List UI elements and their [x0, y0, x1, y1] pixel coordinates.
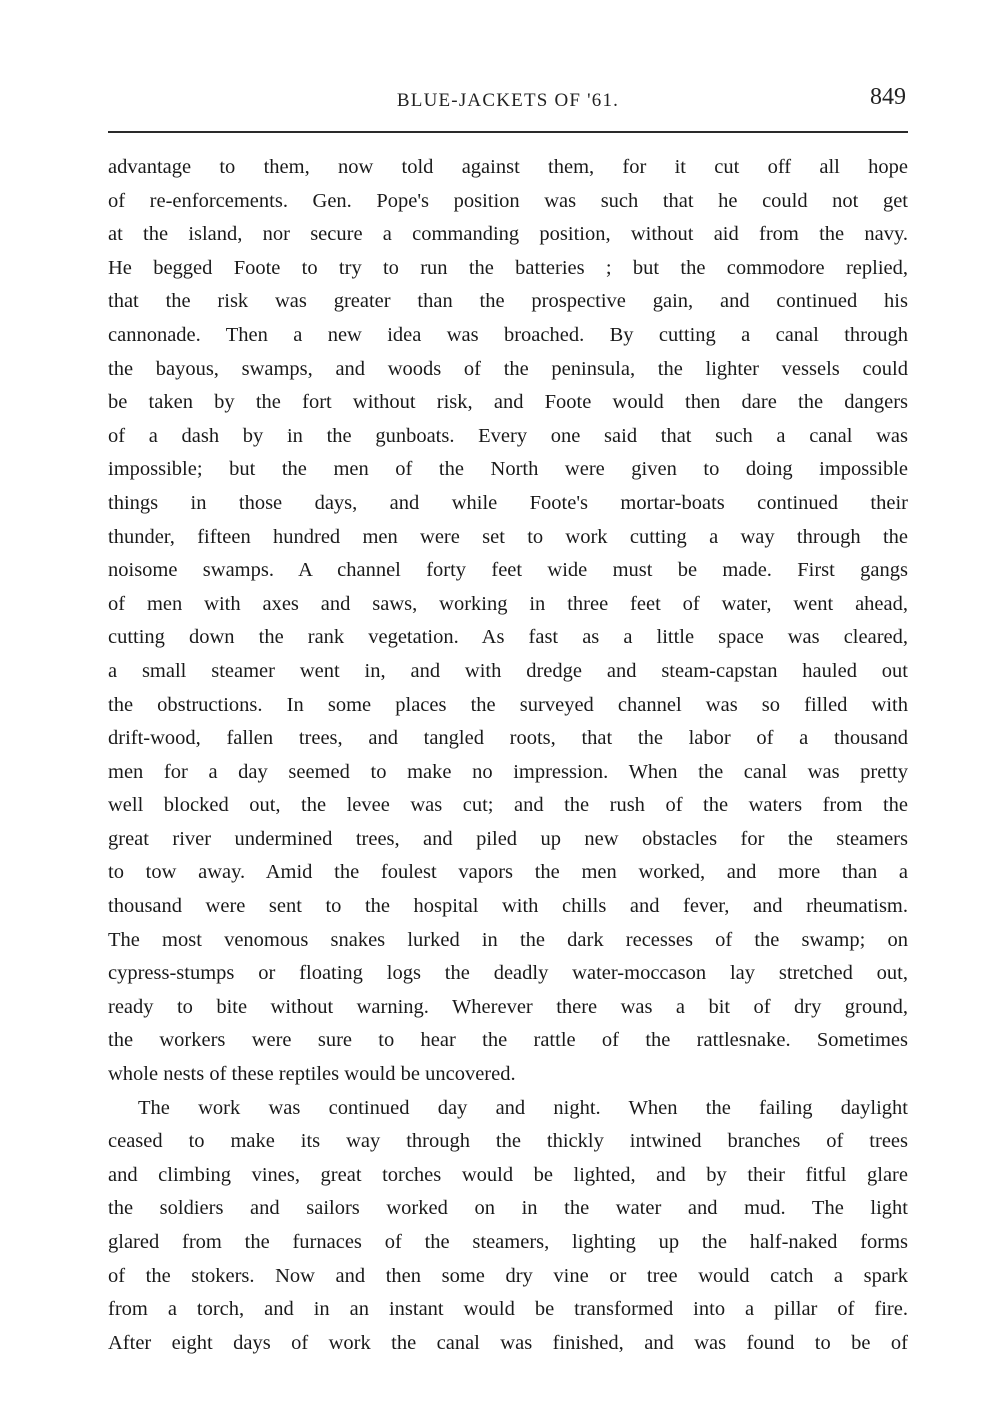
running-title: BLUE-JACKETS OF '61. [108, 90, 908, 112]
text-line: things in those days, and while Foote's … [108, 487, 908, 521]
text-line: thousand were sent to the hospital with … [108, 890, 908, 924]
header-rule-divider [108, 131, 908, 133]
text-line: a small steamer went in, and with dredge… [108, 655, 908, 689]
text-line-last: whole nests of these reptiles would be u… [108, 1058, 908, 1092]
text-line: He begged Foote to try to run the batter… [108, 252, 908, 286]
text-line: ready to bite without warning. Wherever … [108, 991, 908, 1025]
text-line: the soldiers and sailors worked on in th… [108, 1192, 908, 1226]
text-line: After eight days of work the canal was f… [108, 1327, 908, 1361]
text-line: thunder, fifteen hundred men were set to… [108, 521, 908, 555]
text-line: cypress-stumps or floating logs the dead… [108, 957, 908, 991]
running-head: BLUE-JACKETS OF '61. 849 [108, 88, 908, 118]
text-line: of men with axes and saws, working in th… [108, 588, 908, 622]
text-line: at the island, nor secure a commanding p… [108, 218, 908, 252]
paragraph-2: The work was continued day and night. Wh… [108, 1092, 908, 1361]
text-line: of the stokers. Now and then some dry vi… [108, 1260, 908, 1294]
text-line: from a torch, and in an instant would be… [108, 1293, 908, 1327]
text-line: great river undermined trees, and piled … [108, 823, 908, 857]
text-line: glared from the furnaces of the steamers… [108, 1226, 908, 1260]
text-line: ceased to make its way through the thick… [108, 1125, 908, 1159]
text-line-indented: The work was continued day and night. Wh… [108, 1092, 908, 1126]
text-line: the obstructions. In some places the sur… [108, 689, 908, 723]
text-line: the workers were sure to hear the rattle… [108, 1024, 908, 1058]
text-line: well blocked out, the levee was cut; and… [108, 789, 908, 823]
text-line: The most venomous snakes lurked in the d… [108, 924, 908, 958]
text-line: noisome swamps. A channel forty feet wid… [108, 554, 908, 588]
text-line: be taken by the fort without risk, and F… [108, 386, 908, 420]
text-line: that the risk was greater than the prosp… [108, 285, 908, 319]
text-line: of a dash by in the gunboats. Every one … [108, 420, 908, 454]
text-line: impossible; but the men of the North wer… [108, 453, 908, 487]
body-text: advantage to them, now told against them… [108, 151, 908, 1360]
text-line: cutting down the rank vegetation. As fas… [108, 621, 908, 655]
text-line: the bayous, swamps, and woods of the pen… [108, 353, 908, 387]
paragraph-1: advantage to them, now told against them… [108, 151, 908, 1092]
book-page: BLUE-JACKETS OF '61. 849 advantage to th… [0, 0, 1000, 1405]
text-line: of re-enforcements. Gen. Pope's position… [108, 185, 908, 219]
text-line: cannonade. Then a new idea was broached.… [108, 319, 908, 353]
page-number: 849 [870, 84, 906, 111]
text-line: and climbing vines, great torches would … [108, 1159, 908, 1193]
text-line: to tow away. Amid the foulest vapors the… [108, 856, 908, 890]
text-line: men for a day seemed to make no impressi… [108, 756, 908, 790]
text-line: drift-wood, fallen trees, and tangled ro… [108, 722, 908, 756]
text-line: advantage to them, now told against them… [108, 151, 908, 185]
